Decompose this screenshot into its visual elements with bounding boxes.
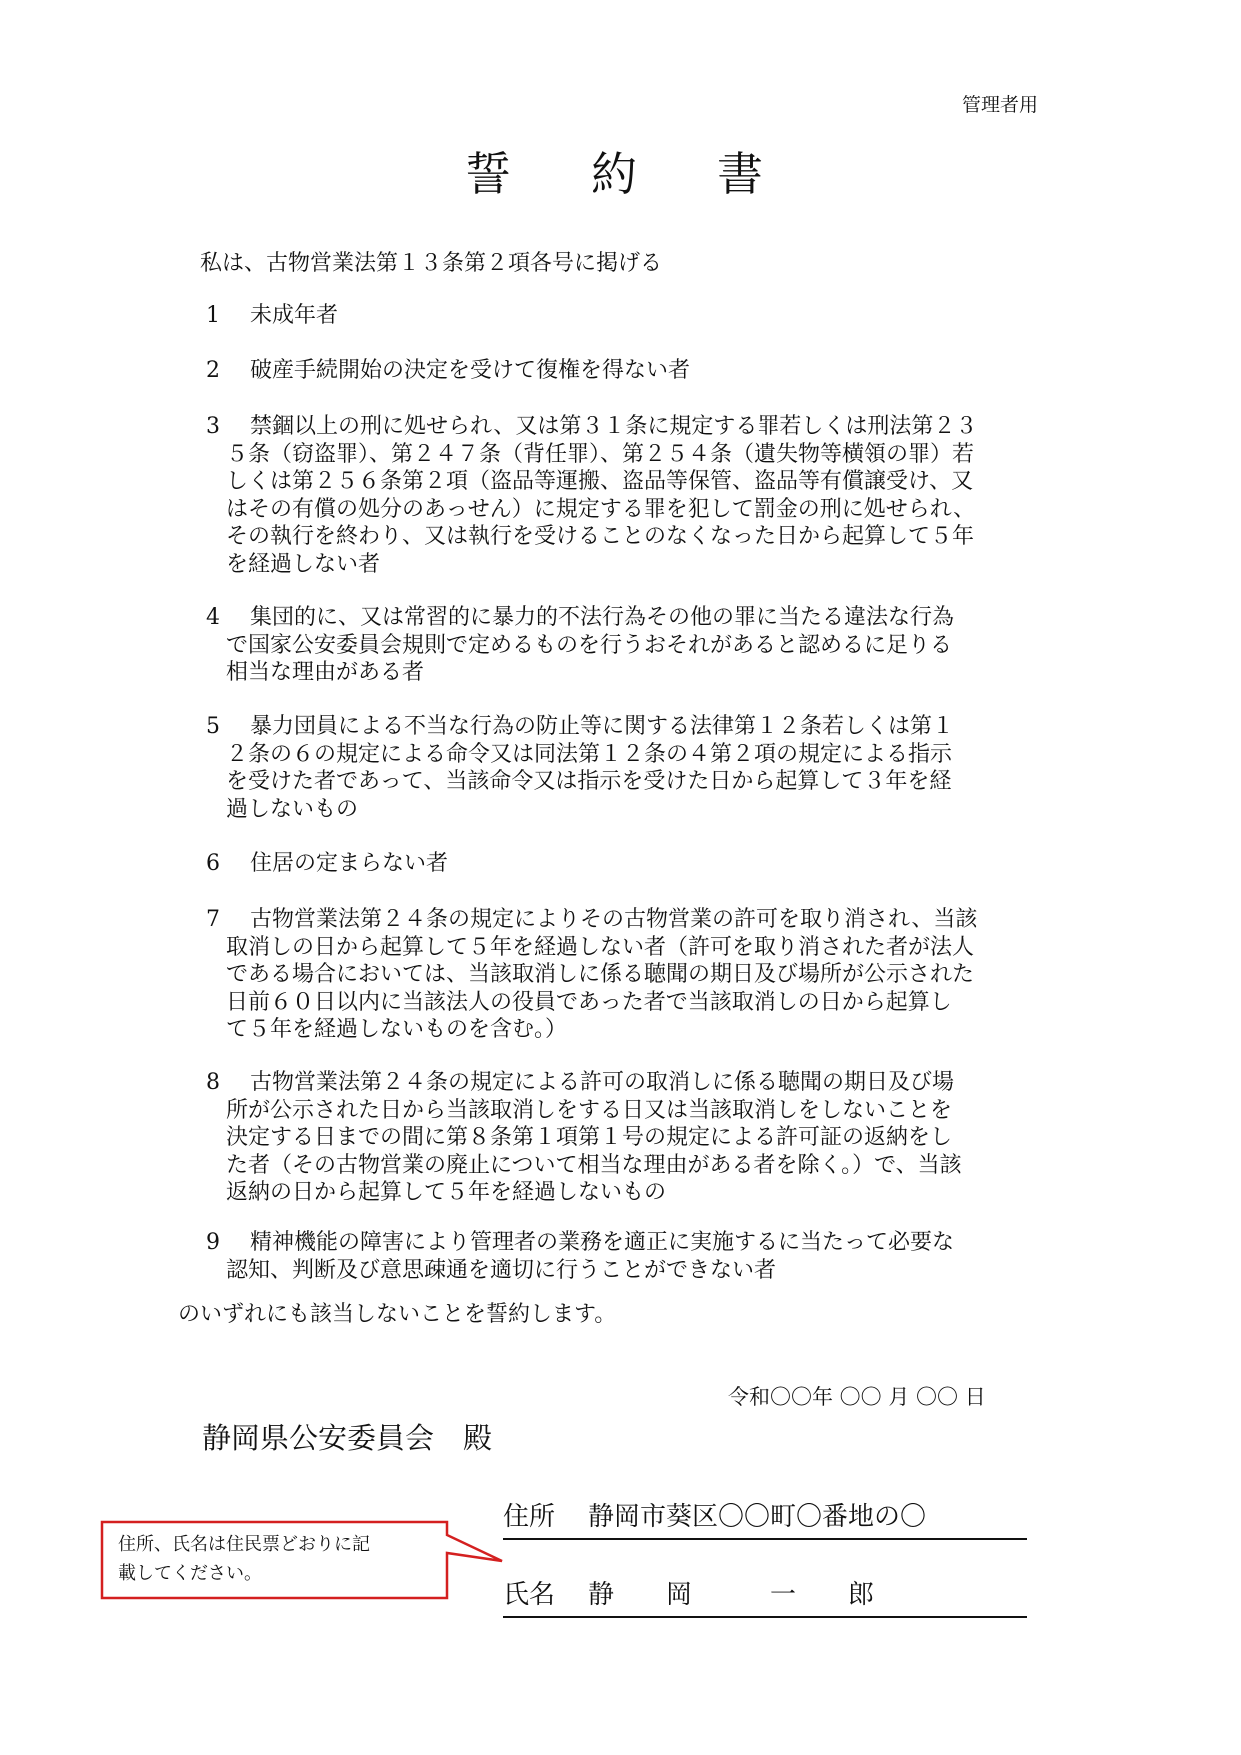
callout-note: 住所、氏名は住民票どおりに記 載してください。: [118, 1530, 438, 1588]
callout-line: 住所、氏名は住民票どおりに記: [118, 1530, 438, 1559]
callout-line: 載してください。: [118, 1559, 438, 1588]
callout-balloon-shape: [0, 0, 1241, 1755]
